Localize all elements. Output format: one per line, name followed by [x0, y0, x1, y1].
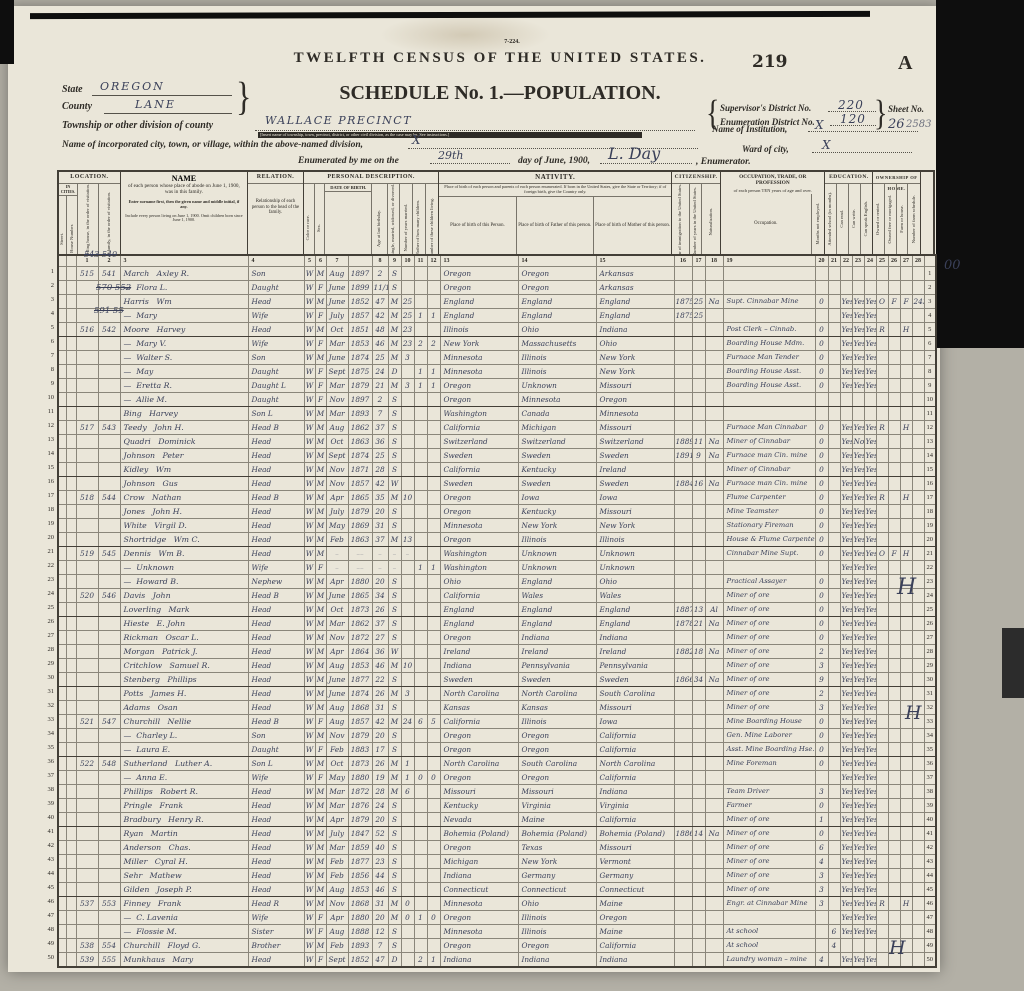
- cell-occ: Miner of ore: [723, 883, 815, 897]
- cell-ym: [401, 393, 414, 407]
- header-right-linenumber-col: [921, 172, 933, 254]
- cell-imm: [674, 757, 692, 771]
- cell-occ: Miner of ore: [723, 673, 815, 687]
- cell-yus: [692, 631, 705, 645]
- cell-sch: [828, 897, 840, 911]
- cell-bmo: Oct: [326, 757, 348, 771]
- cell-mne: [815, 393, 828, 407]
- cell-cl: [427, 267, 440, 281]
- cell-byr: 1853: [348, 659, 372, 673]
- cell-dw: [76, 463, 98, 477]
- cell-mort: [888, 911, 900, 925]
- cell-dw: [76, 911, 98, 925]
- cell-ym: [401, 267, 414, 281]
- cell-en: Yes: [864, 743, 876, 757]
- township-value: WALLACE PRECINCT: [265, 114, 412, 127]
- cell-sched: [912, 869, 924, 883]
- cell-own: [876, 743, 888, 757]
- cell-en: Yes: [864, 841, 876, 855]
- cell-street: [58, 379, 66, 393]
- cell-street: [58, 687, 66, 701]
- cell-sex: F: [315, 337, 326, 351]
- cell-occ: Miner of ore: [723, 813, 815, 827]
- cell-color: W: [304, 281, 315, 295]
- cell-en: Yes: [864, 953, 876, 968]
- cell-rel: Head: [248, 505, 304, 519]
- table-row: — UnknownWifeWF–––––11WashingtonUnknownU…: [58, 561, 936, 575]
- cell-house: [66, 757, 76, 771]
- cell-own: [876, 645, 888, 659]
- ward-value: X: [822, 138, 831, 152]
- cell-sex: M: [315, 799, 326, 813]
- cell-pobm: Minnesota: [596, 407, 674, 421]
- cell-rel: Head: [248, 645, 304, 659]
- cell-nat: Na: [705, 617, 723, 631]
- cell-house: [66, 603, 76, 617]
- cell-ym: 3: [401, 379, 414, 393]
- family-col-label: Number of family, in the order of visita…: [107, 192, 112, 254]
- cell-own: [876, 589, 888, 603]
- cell-yus: [692, 883, 705, 897]
- cell-yus: [692, 743, 705, 757]
- cell-mar: S: [388, 869, 401, 883]
- cell-yus: 16: [692, 477, 705, 491]
- cell-bmo: Nov: [326, 897, 348, 911]
- stray-handwriting-mark: 570 552: [96, 283, 131, 293]
- district-brace-right: }: [874, 93, 887, 135]
- cell-occ: [723, 407, 815, 421]
- cell-bmo: Feb: [326, 855, 348, 869]
- cell-fam: 542: [98, 323, 120, 337]
- cell-own: [876, 533, 888, 547]
- cell-ln: 50: [924, 953, 936, 968]
- cell-byr: 1879: [348, 813, 372, 827]
- cell-color: W: [304, 379, 315, 393]
- cell-house: [66, 281, 76, 295]
- cell-bmo: Apr: [326, 813, 348, 827]
- cell-en: Yes: [864, 561, 876, 575]
- cell-sched: [912, 449, 924, 463]
- cell-house: [66, 337, 76, 351]
- table-row: White Virgil D.HeadWMMay186931SMinnesota…: [58, 519, 936, 533]
- cell-cl: [427, 841, 440, 855]
- cell-ln: 33: [924, 715, 936, 729]
- table-row: 521547Churchill NellieHead BWFAug185742M…: [58, 715, 936, 729]
- cell-house: [66, 911, 76, 925]
- header-group-citizenship: CITIZENSHIP. Year of immigration to the …: [672, 172, 721, 254]
- cell-imm: [674, 337, 692, 351]
- census-table-grid: 1234567891011121314151617181920212223242…: [57, 254, 937, 968]
- cell-house: [66, 365, 76, 379]
- cell-house: [66, 785, 76, 799]
- cell-sched: [912, 407, 924, 421]
- cell-pobm: Arkansas: [596, 281, 674, 295]
- cell-cl: [427, 827, 440, 841]
- cell-byr: 1863: [348, 435, 372, 449]
- cell-mo: [414, 813, 427, 827]
- cell-age: 31: [372, 897, 388, 911]
- cell-own: R: [876, 897, 888, 911]
- cell-mo: [414, 897, 427, 911]
- cell-street: [58, 631, 66, 645]
- cell-rel: Head: [248, 813, 304, 827]
- cell-pob: Michigan: [440, 855, 518, 869]
- cell-pobf: Germany: [518, 869, 596, 883]
- cell-pobf: Unknown: [518, 379, 596, 393]
- cell-cl: [427, 883, 440, 897]
- cell-sch: [828, 449, 840, 463]
- cell-ym: 3: [401, 687, 414, 701]
- cell-color: W: [304, 323, 315, 337]
- cell-mort: [888, 533, 900, 547]
- cell-mort: [888, 869, 900, 883]
- cell-ln: 22: [924, 561, 936, 575]
- cell-fam: 554: [98, 939, 120, 953]
- cell-rd: Yes: [840, 421, 852, 435]
- cell-mne: 0: [815, 463, 828, 477]
- cell-bmo: Aug: [326, 715, 348, 729]
- cell-mne: 0: [815, 323, 828, 337]
- cell-wr: Yes: [852, 575, 864, 589]
- cell-rd: Yes: [840, 841, 852, 855]
- cell-color: W: [304, 715, 315, 729]
- cell-ln: 17: [924, 491, 936, 505]
- cell-name: Stenberg Phillips: [120, 673, 248, 687]
- cell-yus: 11: [692, 435, 705, 449]
- cell-bmo: Feb: [326, 939, 348, 953]
- cell-dw: [76, 561, 98, 575]
- cell-bmo: July: [326, 309, 348, 323]
- cell-fam: 546: [98, 589, 120, 603]
- cell-mar: M: [388, 337, 401, 351]
- cell-fam: [98, 673, 120, 687]
- cell-occ: [723, 309, 815, 323]
- cell-bmo: Aug: [326, 421, 348, 435]
- cell-cl: [427, 869, 440, 883]
- cell-rel: Head: [248, 841, 304, 855]
- cell-rd: Yes: [840, 477, 852, 491]
- cell-color: W: [304, 673, 315, 687]
- cell-sex: F: [315, 365, 326, 379]
- cell-en: Yes: [864, 365, 876, 379]
- cell-pobm: Iowa: [596, 715, 674, 729]
- sheet-value: 26: [888, 117, 905, 132]
- table-row: Ryan MartinHeadWMJuly184752SBohemia (Pol…: [58, 827, 936, 841]
- cell-name: Rickman Oscar L.: [120, 631, 248, 645]
- cell-dw: 516: [76, 323, 98, 337]
- cell-yus: [692, 491, 705, 505]
- cell-yus: [692, 855, 705, 869]
- cell-own: R: [876, 421, 888, 435]
- township-label: Township or other division of county: [62, 120, 213, 131]
- cell-occ: Miner of ore: [723, 869, 815, 883]
- cell-imm: [674, 701, 692, 715]
- cell-nat: [705, 925, 723, 939]
- cell-sched: [912, 463, 924, 477]
- cell-bmo: June: [326, 673, 348, 687]
- enumerated-label: Enumerated by me on the: [298, 156, 399, 166]
- cell-farm: [900, 645, 912, 659]
- cell-nat: [705, 351, 723, 365]
- mother-of-col-label: Mother of how many children.: [416, 200, 421, 254]
- cell-dw: [76, 925, 98, 939]
- farm-schedule-col-label: Number of farm schedule.: [912, 195, 917, 243]
- cell-street: [58, 337, 66, 351]
- cell-byr: 1853: [348, 883, 372, 897]
- cell-color: W: [304, 799, 315, 813]
- cell-mort: [888, 505, 900, 519]
- cell-byr: 1852: [348, 953, 372, 968]
- cell-sch: [828, 855, 840, 869]
- cell-mort: [888, 771, 900, 785]
- cell-ln: 13: [924, 435, 936, 449]
- cell-dw: [76, 841, 98, 855]
- cell-ym: [401, 519, 414, 533]
- table-row: Morgan Patrick J.HeadWMApr186436WIreland…: [58, 645, 936, 659]
- cell-own: [876, 505, 888, 519]
- cell-age: 42: [372, 309, 388, 323]
- naturalization-col-label: Naturalization.: [709, 208, 714, 235]
- cell-mo: [414, 841, 427, 855]
- cell-imm: [674, 785, 692, 799]
- can-speak-english-col-label: Can speak English.: [864, 201, 869, 236]
- cell-mar: M: [388, 295, 401, 309]
- cell-rel: Head: [248, 477, 304, 491]
- cell-ln: 32: [924, 701, 936, 715]
- cell-mar: M: [388, 351, 401, 365]
- cell-mne: 0: [815, 547, 828, 561]
- cell-mar: S: [388, 281, 401, 295]
- color-col-label: Color or race.: [306, 215, 311, 240]
- cell-byr: ––: [348, 561, 372, 575]
- cell-imm: [674, 547, 692, 561]
- cell-en: Yes: [864, 295, 876, 309]
- cell-ln: 30: [924, 673, 936, 687]
- cell-dw: [76, 785, 98, 799]
- cell-dw: [76, 435, 98, 449]
- cell-imm: [674, 897, 692, 911]
- cell-mort: [888, 813, 900, 827]
- cell-rel: Head B: [248, 589, 304, 603]
- cell-pobm: Bohemia (Poland): [596, 827, 674, 841]
- cell-ln: 39: [924, 799, 936, 813]
- cell-street: [58, 589, 66, 603]
- cell-street: [58, 519, 66, 533]
- cell-age: 36: [372, 645, 388, 659]
- cell-pobm: Indiana: [596, 631, 674, 645]
- cell-cl: [427, 463, 440, 477]
- cell-name: Bradbury Henry R.: [120, 813, 248, 827]
- cell-pobf: Ohio: [518, 897, 596, 911]
- cell-ln: 40: [924, 813, 936, 827]
- cell-wr: Yes: [852, 883, 864, 897]
- cell-ym: [401, 631, 414, 645]
- cell-imm: [674, 729, 692, 743]
- cell-rd: Yes: [840, 365, 852, 379]
- cell-pobm: New York: [596, 365, 674, 379]
- table-row: 520546Davis JohnHead BWMJune186534SCalif…: [58, 589, 936, 603]
- cell-bmo: June: [326, 589, 348, 603]
- cell-pobm: Switzerland: [596, 435, 674, 449]
- cell-own: [876, 813, 888, 827]
- cell-sex: M: [315, 575, 326, 589]
- cell-yus: [692, 715, 705, 729]
- cell-color: W: [304, 575, 315, 589]
- cell-rel: Head: [248, 295, 304, 309]
- cell-occ: Miner of ore: [723, 617, 815, 631]
- cell-mo: [414, 477, 427, 491]
- cell-ym: [401, 645, 414, 659]
- cell-sch: [828, 477, 840, 491]
- cell-bmo: Apr: [326, 575, 348, 589]
- cell-rd: Yes: [840, 813, 852, 827]
- cell-ln: 6: [924, 337, 936, 351]
- cell-yus: [692, 575, 705, 589]
- cell-byr: 1876: [348, 799, 372, 813]
- cell-ln: 36: [924, 757, 936, 771]
- cell-bmo: Nov: [326, 477, 348, 491]
- cell-mort: [888, 407, 900, 421]
- cell-bmo: Sept: [326, 953, 348, 968]
- cell-house: [66, 505, 76, 519]
- cell-fam: 555: [98, 953, 120, 968]
- cell-sex: F: [315, 953, 326, 968]
- table-row: Miller Cyral H.HeadWMFeb187723SMichiganN…: [58, 855, 936, 869]
- cell-rd: Yes: [840, 869, 852, 883]
- cell-pobf: Oregon: [518, 771, 596, 785]
- cell-ln: 25: [924, 603, 936, 617]
- ward-underline: [812, 152, 912, 153]
- cell-byr: 1857: [348, 715, 372, 729]
- cell-farm: [900, 505, 912, 519]
- cell-street: [58, 267, 66, 281]
- cell-name: — Flora L.: [120, 281, 248, 295]
- cell-rd: Yes: [840, 701, 852, 715]
- cell-wr: Yes: [852, 561, 864, 575]
- cell-mo: [414, 631, 427, 645]
- cell-rd: Yes: [840, 603, 852, 617]
- cell-mo: [414, 827, 427, 841]
- cell-rel: Nephew: [248, 575, 304, 589]
- cell-mne: [815, 309, 828, 323]
- cell-sch: [828, 533, 840, 547]
- cell-byr: 1893: [348, 407, 372, 421]
- cell-sex: M: [315, 323, 326, 337]
- cell-fam: [98, 603, 120, 617]
- cell-en: Yes: [864, 351, 876, 365]
- cell-ln: 24: [924, 589, 936, 603]
- table-row: — Howard B.NephewWMApr188020SOhioEngland…: [58, 575, 936, 589]
- cell-house: [66, 715, 76, 729]
- cell-ln: 16: [924, 477, 936, 491]
- cell-nat: [705, 407, 723, 421]
- cell-rel: Head: [248, 323, 304, 337]
- cell-mort: [888, 379, 900, 393]
- cell-pob: North Carolina: [440, 757, 518, 771]
- table-row: Potts James H.HeadWMJune187426M3North Ca…: [58, 687, 936, 701]
- cell-fam: [98, 575, 120, 589]
- cell-nat: [705, 631, 723, 645]
- cell-street: [58, 771, 66, 785]
- cell-yus: 25: [692, 309, 705, 323]
- cell-ym: 6: [401, 785, 414, 799]
- cell-sex: M: [315, 855, 326, 869]
- cell-mo: [414, 855, 427, 869]
- cell-sched: [912, 533, 924, 547]
- cell-house: [66, 827, 76, 841]
- cell-ym: [401, 449, 414, 463]
- cell-mar: M: [388, 897, 401, 911]
- cell-sched: [912, 505, 924, 519]
- cell-pob: Sweden: [440, 673, 518, 687]
- cell-pobf: Massachusetts: [518, 337, 596, 351]
- cell-pob: Oregon: [440, 743, 518, 757]
- cell-rd: Yes: [840, 631, 852, 645]
- enumerator-signature: L. Day: [608, 144, 660, 163]
- cell-pobm: Wales: [596, 589, 674, 603]
- cell-sched: [912, 519, 924, 533]
- cell-own: [876, 379, 888, 393]
- cell-wr: [852, 281, 864, 295]
- cell-bmo: Apr: [326, 491, 348, 505]
- cell-yus: [692, 687, 705, 701]
- cell-pob: Oregon: [440, 281, 518, 295]
- cell-cl: 1: [427, 309, 440, 323]
- cell-color: W: [304, 463, 315, 477]
- cell-ln: 38: [924, 785, 936, 799]
- cell-pob: Minnesota: [440, 365, 518, 379]
- cell-ym: [401, 589, 414, 603]
- cell-rel: Son: [248, 729, 304, 743]
- cell-mort: [888, 351, 900, 365]
- cell-ln: 19: [924, 519, 936, 533]
- cell-rd: Yes: [840, 589, 852, 603]
- cell-bmo: May: [326, 519, 348, 533]
- cell-own: [876, 883, 888, 897]
- cell-wr: Yes: [852, 659, 864, 673]
- cell-ln: 37: [924, 771, 936, 785]
- cell-bmo: –: [326, 547, 348, 561]
- cell-imm: [674, 533, 692, 547]
- cell-dw: [76, 883, 98, 897]
- cell-ln: 34: [924, 729, 936, 743]
- cell-house: [66, 771, 76, 785]
- cell-rel: Head B: [248, 715, 304, 729]
- cell-imm: 1886: [674, 827, 692, 841]
- cell-age: 11/12: [372, 281, 388, 295]
- cell-pob: Kansas: [440, 701, 518, 715]
- table-row: Johnson PeterHeadWMSept187425SSwedenSwed…: [58, 449, 936, 463]
- cell-name: — C. Lavenia: [120, 911, 248, 925]
- cell-rd: Yes: [840, 715, 852, 729]
- cell-rd: [840, 281, 852, 295]
- cell-house: [66, 799, 76, 813]
- cell-sched: [912, 435, 924, 449]
- cell-pobm: England: [596, 309, 674, 323]
- cell-ln: 48: [924, 925, 936, 939]
- cell-own: [876, 449, 888, 463]
- cell-mne: 0: [815, 505, 828, 519]
- cell-fam: [98, 631, 120, 645]
- cell-yus: [692, 939, 705, 953]
- cell-pobf: England: [518, 603, 596, 617]
- cell-name: Crow Nathan: [120, 491, 248, 505]
- can-write-col-label: Can write.: [852, 209, 857, 228]
- table-row: Rickman Oscar L.HeadWMNov187227SOregonIn…: [58, 631, 936, 645]
- cell-mne: 3: [815, 897, 828, 911]
- cell-yus: [692, 281, 705, 295]
- cell-mort: [888, 687, 900, 701]
